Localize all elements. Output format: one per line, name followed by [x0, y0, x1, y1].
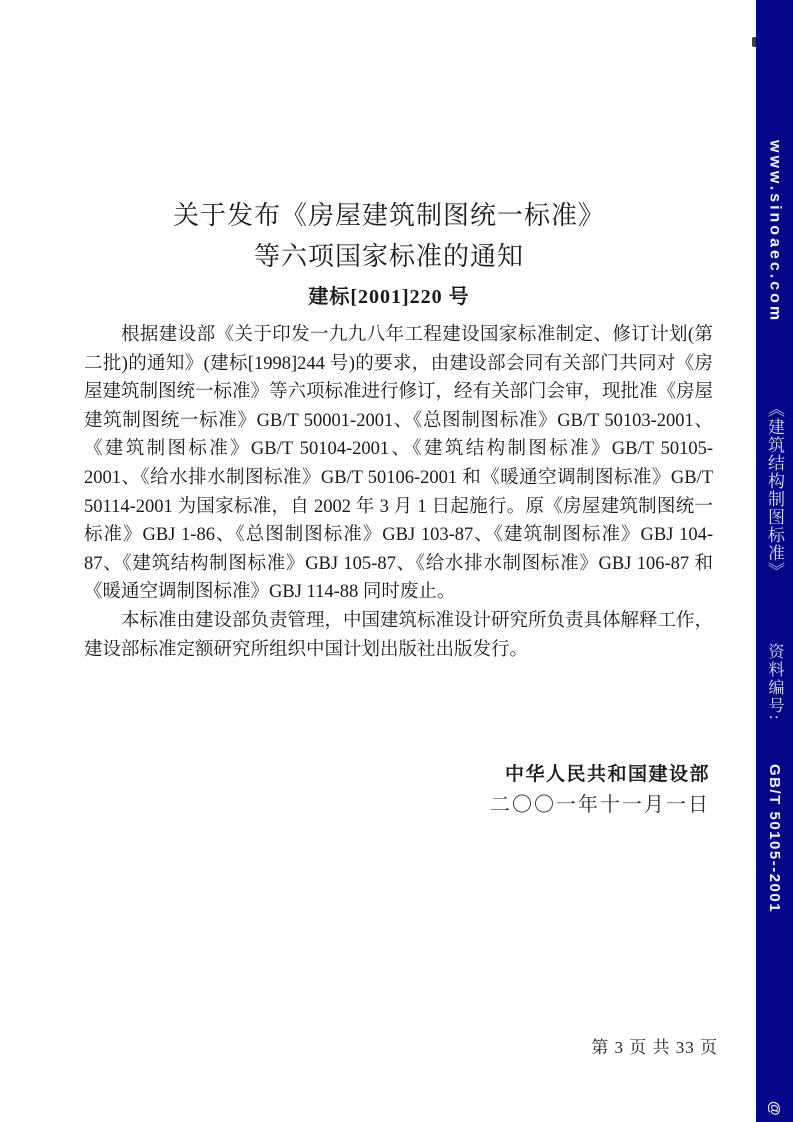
notice-title-line2: 等六项国家标准的通知 — [84, 236, 694, 277]
sidebar-code-value: GB/T 50105--2001 — [766, 764, 783, 913]
signature-date: 二〇〇一年十一月一日 — [84, 792, 710, 818]
sidebar-standard-title: 《建筑结构制图标准》 — [762, 400, 787, 580]
notice-body: 根据建设部《关于印发一九九八年工程建设国家标准制定、修订计划(第二批)的通知》(… — [84, 321, 713, 664]
document-number: 建标[2001]220 号 — [84, 280, 694, 309]
body-paragraph-1: 根据建设部《关于印发一九九八年工程建设国家标准制定、修订计划(第二批)的通知》(… — [84, 321, 713, 607]
signature-organization: 中华人民共和国建设部 — [84, 762, 710, 788]
body-paragraph-2: 本标准由建设部负责管理，中国建筑标准设计研究所负责具体解释工作，建设部标准定额研… — [84, 607, 713, 664]
signature-block: 中华人民共和国建设部 二〇〇一年十一月一日 — [84, 762, 710, 818]
page-number-indicator: 第 3 页 共 33 页 — [84, 1033, 718, 1058]
at-symbol: @ — [766, 1101, 783, 1116]
sidebar-code-label: 资料编号: — [763, 643, 786, 721]
notice-title-line1: 关于发布《房屋建筑制图统一标准》 — [84, 195, 694, 236]
notice-title: 关于发布《房屋建筑制图统一标准》 等六项国家标准的通知 — [84, 195, 694, 277]
document-page: 关于发布《房屋建筑制图统一标准》 等六项国家标准的通知 建标[2001]220 … — [0, 0, 793, 1122]
right-sidebar: www.sinoaec.com 《建筑结构制图标准》 资料编号: GB/T 50… — [756, 0, 793, 1122]
sidebar-website-url: www.sinoaec.com — [766, 140, 784, 323]
